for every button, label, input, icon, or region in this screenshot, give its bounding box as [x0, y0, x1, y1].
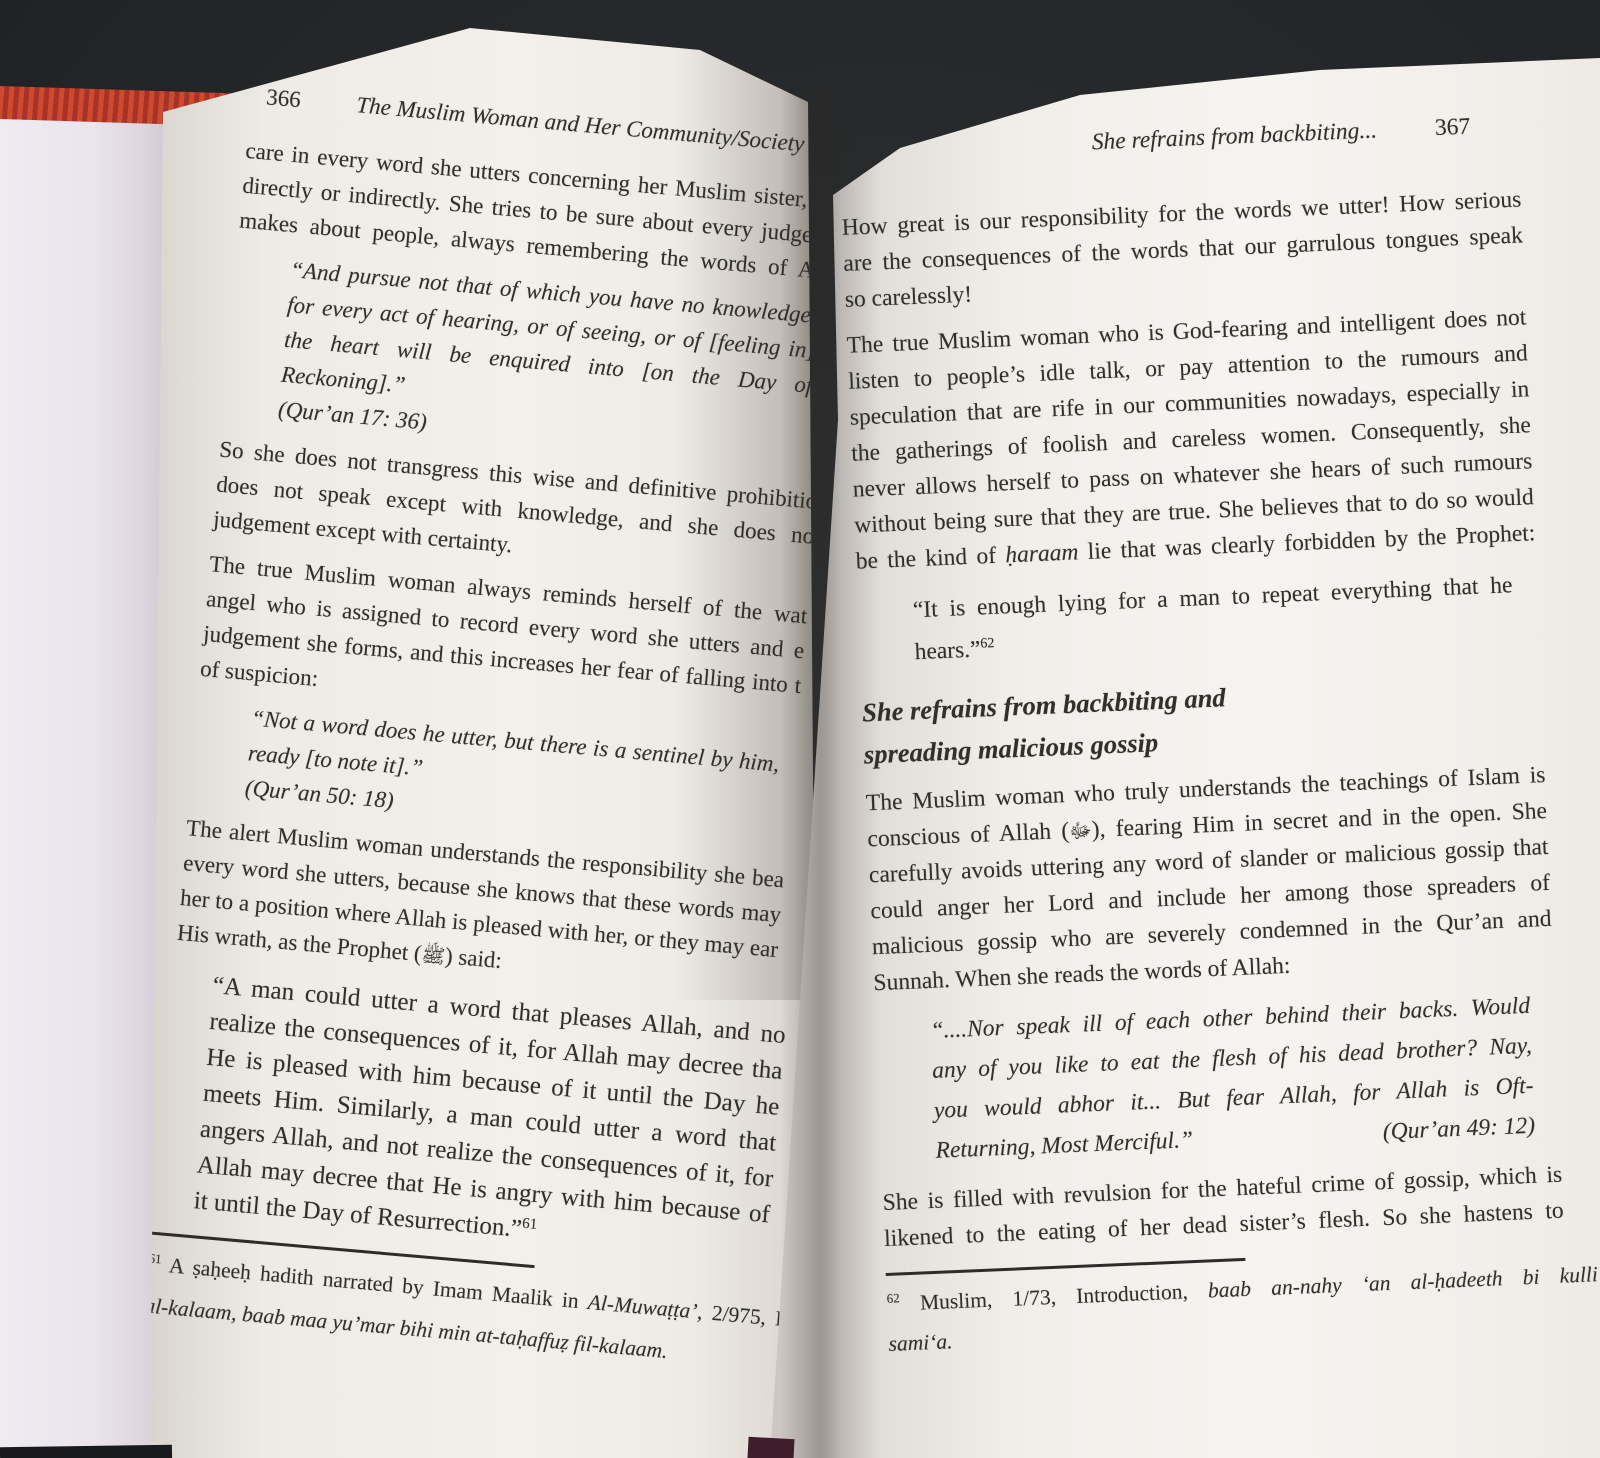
heading-block: She refrains from backbiting andspreadin…: [861, 663, 1544, 775]
para-block: The true Muslim woman who is God-fearing…: [846, 299, 1536, 579]
right-running-title: She refrains from backbiting...: [1091, 113, 1378, 159]
left-page-text: care in every word she utters concerning…: [143, 133, 845, 1379]
footnote-block: 62 Muslim, 1/73, Introduction, baab an-n…: [886, 1241, 1600, 1364]
left-page-number: 366: [265, 79, 302, 117]
table-shadow: [0, 1445, 172, 1458]
right-running-head: She refrains from backbiting... 367: [838, 108, 1519, 170]
quote-block: “And pursue not that of which you have n…: [277, 252, 820, 473]
page-stack-edge: [0, 106, 168, 1458]
para-block: How great is our responsibility for the …: [841, 181, 1525, 317]
hadith-block: “A man could utter a word that pleases A…: [192, 968, 787, 1269]
para-block: The Muslim woman who truly understands t…: [865, 757, 1553, 1001]
open-book-photo: 366 The Muslim Woman and Her Community/S…: [0, 0, 1600, 1458]
right-page-text: How great is our responsibility for the …: [841, 181, 1569, 1363]
right-page-number: 367: [1434, 110, 1471, 145]
quote-block: “....Nor speak ill of each other behind …: [930, 986, 1536, 1171]
spine-gap: [747, 1437, 794, 1458]
left-page-content: 366 The Muslim Woman and Her Community/S…: [143, 78, 850, 1379]
para-block: She is filled with revulsion for the hat…: [882, 1157, 1564, 1257]
quote-block: “It is enough lying for a man to repeat …: [912, 564, 1515, 673]
right-page-content: She refrains from backbiting... 367 How …: [838, 108, 1569, 1364]
